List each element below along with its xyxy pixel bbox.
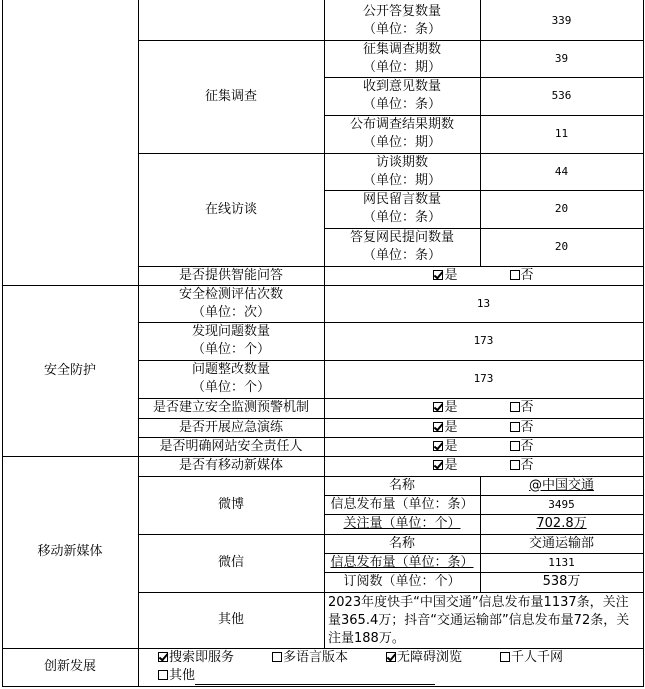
wechat-posts-value: 1131: [480, 553, 643, 572]
weibo-followers-value: 702.8万: [480, 514, 643, 534]
security-checks-value: 13: [324, 285, 643, 322]
has-mobile-no[interactable]: 否: [510, 457, 534, 475]
wechat-name-value: 交通运输部: [480, 534, 643, 553]
opinions-received-label: 收到意见数量（单位：条）: [324, 77, 480, 115]
emergency-drill-label: 是否开展应急演练: [138, 418, 324, 437]
other-blank-line[interactable]: [195, 670, 435, 685]
checkbox-checked-icon[interactable]: [433, 402, 443, 412]
checkbox-checked-icon[interactable]: [386, 652, 396, 662]
checkbox-empty-icon[interactable]: [510, 441, 520, 451]
wechat-subscribers-value: 538万: [480, 572, 643, 592]
has-mobile-options: 是 否: [324, 456, 643, 476]
weibo-posts-label: 信息发布量（单位：条）: [324, 495, 480, 514]
checkbox-empty-icon[interactable]: [510, 402, 520, 412]
other-media-label: 其他: [138, 592, 324, 648]
security-officer-label: 是否明确网站安全责任人: [138, 437, 324, 456]
survey-periods-label: 征集调查期数（单位：期）: [324, 40, 480, 77]
issues-found-value: 173: [324, 322, 643, 360]
option-search-as-service[interactable]: 搜索即服务: [158, 649, 234, 667]
emergency-drill-yes[interactable]: 是: [433, 419, 457, 437]
warning-mechanism-no[interactable]: 否: [510, 399, 534, 417]
table-border-bottom: [2, 686, 644, 687]
results-published-value: 11: [480, 115, 643, 153]
table-border-right: [643, 0, 644, 687]
smart-qa-no[interactable]: 否: [510, 267, 534, 285]
issues-fixed-value: 173: [324, 360, 643, 398]
checkbox-empty-icon[interactable]: [510, 422, 520, 432]
netizen-messages-label: 网民留言数量（单位：条）: [324, 190, 480, 228]
answer-count-label: 公开答复数量 （单位：条）: [324, 2, 480, 40]
warning-mechanism-label: 是否建立安全监测预警机制: [138, 398, 324, 418]
checkbox-empty-icon[interactable]: [510, 270, 520, 280]
questions-answered-label: 答复网民提问数量（单位：条）: [324, 228, 480, 266]
weibo-label: 微博: [138, 476, 324, 534]
weibo-name-value: @中国交通: [480, 476, 643, 495]
interview-section-label: 在线访谈: [138, 153, 324, 266]
checkbox-empty-icon[interactable]: [500, 652, 510, 662]
checkbox-empty-icon[interactable]: [510, 460, 520, 470]
mobile-section-label: 移动新媒体: [2, 456, 138, 648]
option-accessibility[interactable]: 无障碍浏览: [386, 649, 462, 667]
weibo-followers-label: 关注量（单位：个）: [324, 514, 480, 534]
warning-mechanism-yes[interactable]: 是: [433, 399, 457, 417]
weibo-posts-value: 3495: [480, 495, 643, 514]
option-multilingual[interactable]: 多语言版本: [272, 649, 348, 667]
security-section-label: 安全防护: [2, 285, 138, 456]
security-officer-yes[interactable]: 是: [433, 438, 457, 456]
emergency-drill-options: 是 否: [324, 418, 643, 437]
security-officer-no[interactable]: 否: [510, 438, 534, 456]
checkbox-checked-icon[interactable]: [433, 441, 443, 451]
survey-section-label: 征集调查: [138, 40, 324, 153]
has-mobile-yes[interactable]: 是: [433, 457, 457, 475]
netizen-messages-value: 20: [480, 190, 643, 228]
wechat-label: 微信: [138, 534, 324, 592]
wechat-name-label: 名称: [324, 534, 480, 553]
emergency-drill-no[interactable]: 否: [510, 419, 534, 437]
security-checks-label: 安全检测评估次数（单位：次）: [138, 285, 324, 322]
interview-periods-label: 访谈期数（单位：期）: [324, 153, 480, 190]
checkbox-checked-icon[interactable]: [433, 422, 443, 432]
innovation-options: 搜索即服务 多语言版本 无障碍浏览 千人千网 其他: [138, 649, 643, 686]
option-other[interactable]: 其他: [158, 667, 435, 685]
questions-answered-value: 20: [480, 228, 643, 266]
checkbox-checked-icon[interactable]: [158, 652, 168, 662]
weibo-name-label: 名称: [324, 476, 480, 495]
smart-qa-options: 是 否: [324, 266, 643, 285]
warning-mechanism-options: 是 否: [324, 398, 643, 418]
issues-fixed-label: 问题整改数量（单位：个）: [138, 360, 324, 398]
survey-periods-value: 39: [480, 40, 643, 77]
checkbox-checked-icon[interactable]: [433, 270, 443, 280]
issues-found-label: 发现问题数量（单位：个）: [138, 322, 324, 360]
has-mobile-label: 是否有移动新媒体: [138, 456, 324, 476]
answer-count-value: 339: [480, 2, 643, 40]
checkbox-empty-icon[interactable]: [272, 652, 282, 662]
other-media-text: 2023年度快手“中国交通”信息发布量1137条，关注量365.4万；抖音“交通…: [324, 592, 643, 648]
smart-qa-label: 是否提供智能问答: [138, 266, 324, 285]
interview-periods-value: 44: [480, 153, 643, 190]
option-personalized[interactable]: 千人千网: [500, 649, 563, 667]
results-published-label: 公布调查结果期数（单位：期）: [324, 115, 480, 153]
checkbox-checked-icon[interactable]: [433, 460, 443, 470]
security-officer-options: 是 否: [324, 437, 643, 456]
innovation-section-label: 创新发展: [2, 648, 138, 686]
wechat-subscribers-label: 订阅数（单位：个）: [324, 572, 480, 592]
smart-qa-yes[interactable]: 是: [433, 267, 457, 285]
wechat-posts-label: 信息发布量（单位：条）: [324, 553, 480, 572]
opinions-received-value: 536: [480, 77, 643, 115]
checkbox-empty-icon[interactable]: [158, 670, 168, 680]
